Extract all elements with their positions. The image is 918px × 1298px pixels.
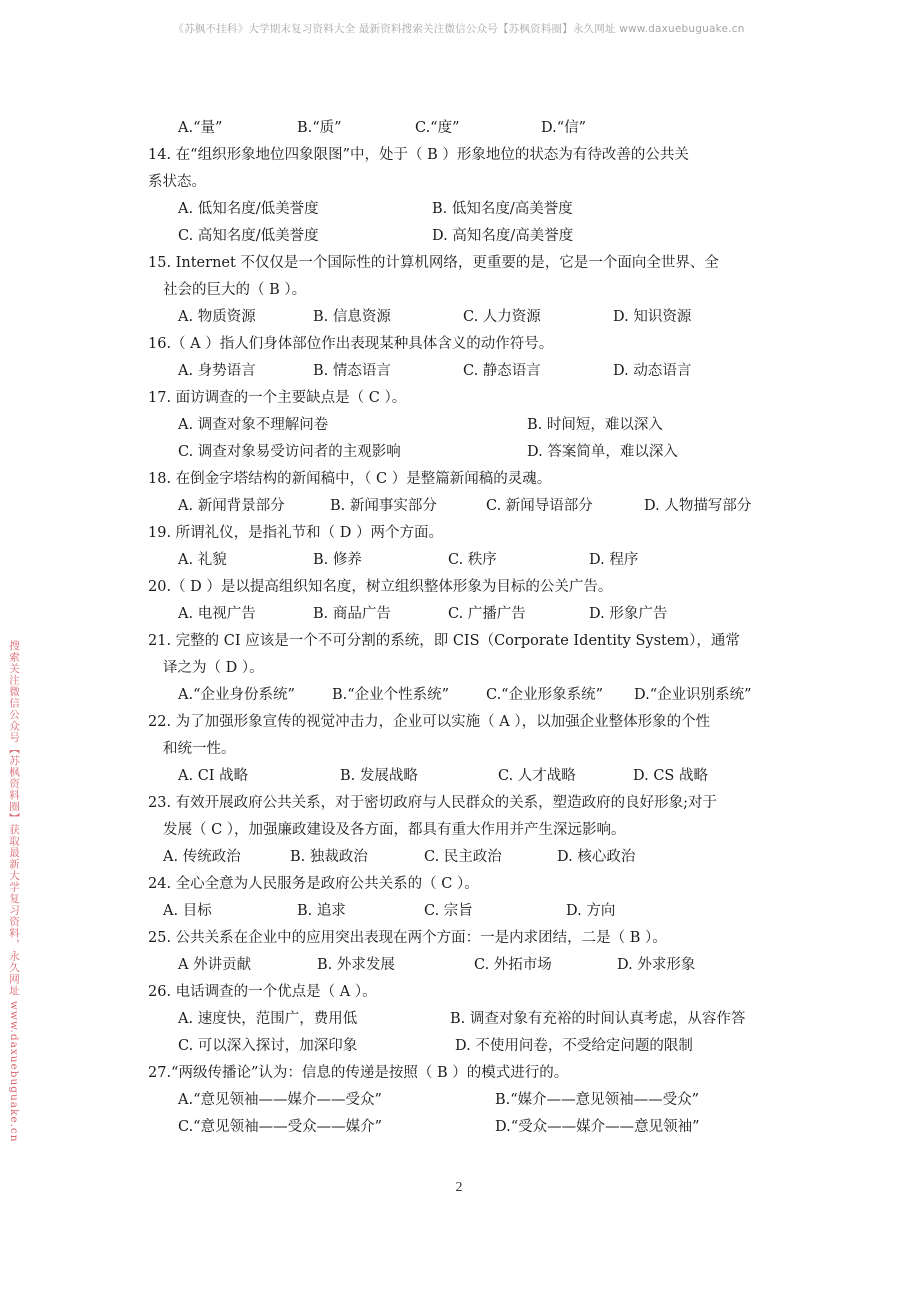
option-d: D. 不使用问卷，不受给定问题的限制 [455,1036,693,1056]
question-text-cont: 和统一性。 [163,739,236,759]
option-d: D. 高知名度/高美誉度 [432,226,573,246]
option-d: D. 人物描写部分 [644,496,751,516]
option-b: B. 情态语言 [313,361,391,381]
question-text: 17. 面访调查的一个主要缺点是（ C ）。 [148,388,406,408]
option-a: A. 调查对象不理解问卷 [178,415,328,435]
option-d: D. 程序 [589,550,638,570]
option-c: C. 可以深入探讨，加深印象 [178,1036,357,1056]
option-d: D. 核心政治 [557,847,635,867]
question-text-cont: 社会的巨大的（ B ）。 [163,280,306,300]
option-b: B. 低知名度/高美誉度 [432,199,573,219]
option-b: B.“企业个性系统” [332,685,449,705]
option-a: A. 目标 [163,901,212,921]
page-number: 2 [0,1180,918,1196]
question-text: 22. 为了加强形象宣传的视觉冲击力，企业可以实施（ A ），以加强企业整体形象… [148,712,710,732]
option-d: D. 动态语言 [613,361,691,381]
option-d: D. CS 战略 [633,766,708,786]
option-a: A. 速度快，范围广，费用低 [178,1009,357,1029]
option-c: C. 民主政治 [424,847,502,867]
option-c: C.“企业形象系统” [486,685,603,705]
option-b: B. 时间短，难以深入 [527,415,663,435]
question-text: 21. 完整的 CI 应该是一个不可分割的系统，即 CIS（Corporate … [148,631,740,651]
option-a: A. 传统政治 [163,847,241,867]
option-a: A. CI 战略 [178,766,248,786]
option-a: A.“量” [178,118,222,138]
question-text: 25. 公共关系在企业中的应用突出表现在两个方面：一是内求团结，二是（ B ）。 [148,928,667,948]
option-b: B. 调查对象有充裕的时间认真考虑，从容作答 [450,1009,745,1029]
option-b: B. 新闻事实部分 [330,496,437,516]
option-c: C. 外拓市场 [474,955,552,975]
option-c: C. 新闻导语部分 [486,496,593,516]
option-d: D.“企业识别系统” [634,685,752,705]
option-d: D. 答案简单，难以深入 [527,442,678,462]
question-text: 20.（ D ）是以提高组织知名度，树立组织整体形象为目标的公关广告。 [148,577,612,597]
option-c: C. 秩序 [448,550,497,570]
option-a: A. 物质资源 [178,307,256,327]
question-text: 23. 有效开展政府公共关系，对于密切政府与人民群众的关系，塑造政府的良好形象;… [148,793,717,813]
option-a: A. 新闻背景部分 [178,496,285,516]
question-text: 24. 全心全意为人民服务是政府公共关系的（ C ）。 [148,874,479,894]
option-b: B. 外求发展 [317,955,395,975]
option-a: A.“企业身份系统” [178,685,295,705]
question-text: 26. 电话调查的一个优点是（ A ）。 [148,982,377,1002]
option-b: B.“媒介——意见领袖——受众” [495,1090,699,1110]
option-c: C. 广播广告 [448,604,526,624]
question-text: 18. 在倒金字塔结构的新闻稿中，（ C ）是整篇新闻稿的灵魂。 [148,469,551,489]
side-watermark: 搜索关注微信公众号【苏枫资料圈】获取最新大学复习资料，永久网址 www.daxu… [8,640,22,1143]
option-c: C.“度” [415,118,460,138]
option-d: D. 知识资源 [613,307,691,327]
option-c: C. 调查对象易受访问者的主观影响 [178,442,401,462]
option-b: B. 信息资源 [313,307,391,327]
question-text: 16.（ A ）指人们身体部位作出表现某种具体含义的动作符号。 [148,334,553,354]
option-a: A. 身势语言 [178,361,256,381]
option-d: D.“受众——媒介——意见领袖” [495,1117,700,1137]
option-d: D. 外求形象 [617,955,695,975]
option-d: D. 形象广告 [589,604,667,624]
question-text-cont: 系状态。 [148,172,206,192]
option-c: C. 宗旨 [424,901,473,921]
option-c: C.“意见领袖——受众——媒介” [178,1117,382,1137]
option-c: C. 人才战略 [498,766,576,786]
option-b: B. 发展战略 [340,766,418,786]
question-text: 27.“两级传播论”认为：信息的传递是按照（ B ）的模式进行的。 [148,1063,568,1083]
option-a: A. 礼貌 [178,550,227,570]
header-watermark: 《苏枫不挂科》大学期末复习资料大全 最新资料搜索关注微信公众号【苏枫资料圈】永久… [0,21,918,36]
option-b: B. 独裁政治 [290,847,368,867]
option-c: C. 静态语言 [463,361,541,381]
option-b: B.“质” [297,118,342,138]
question-text: 19. 所谓礼仪，是指礼节和（ D ）两个方面。 [148,523,443,543]
option-a: A. 低知名度/低美誉度 [178,199,319,219]
option-b: B. 商品广告 [313,604,391,624]
option-c: C. 人力资源 [463,307,541,327]
option-a: A 外讲贡献 [178,955,251,975]
option-d: D.“信” [541,118,586,138]
option-a: A. 电视广告 [178,604,256,624]
option-c: C. 高知名度/低美誉度 [178,226,319,246]
option-d: D. 方向 [566,901,615,921]
question-text-cont: 译之为（ D ）。 [163,658,264,678]
question-text-cont: 发展（ C ），加强廉政建设及各方面，都具有重大作用并产生深远影响。 [163,820,626,840]
question-text: 14. 在“组织形象地位四象限图”中，处于（ B ）形象地位的状态为有待改善的公… [148,145,689,165]
option-a: A.“意见领袖——媒介——受众” [178,1090,382,1110]
option-b: B. 修养 [313,550,362,570]
question-text: 15. Internet 不仅仅是一个国际性的计算机网络，更重要的是，它是一个面… [148,253,719,273]
option-b: B. 追求 [297,901,346,921]
